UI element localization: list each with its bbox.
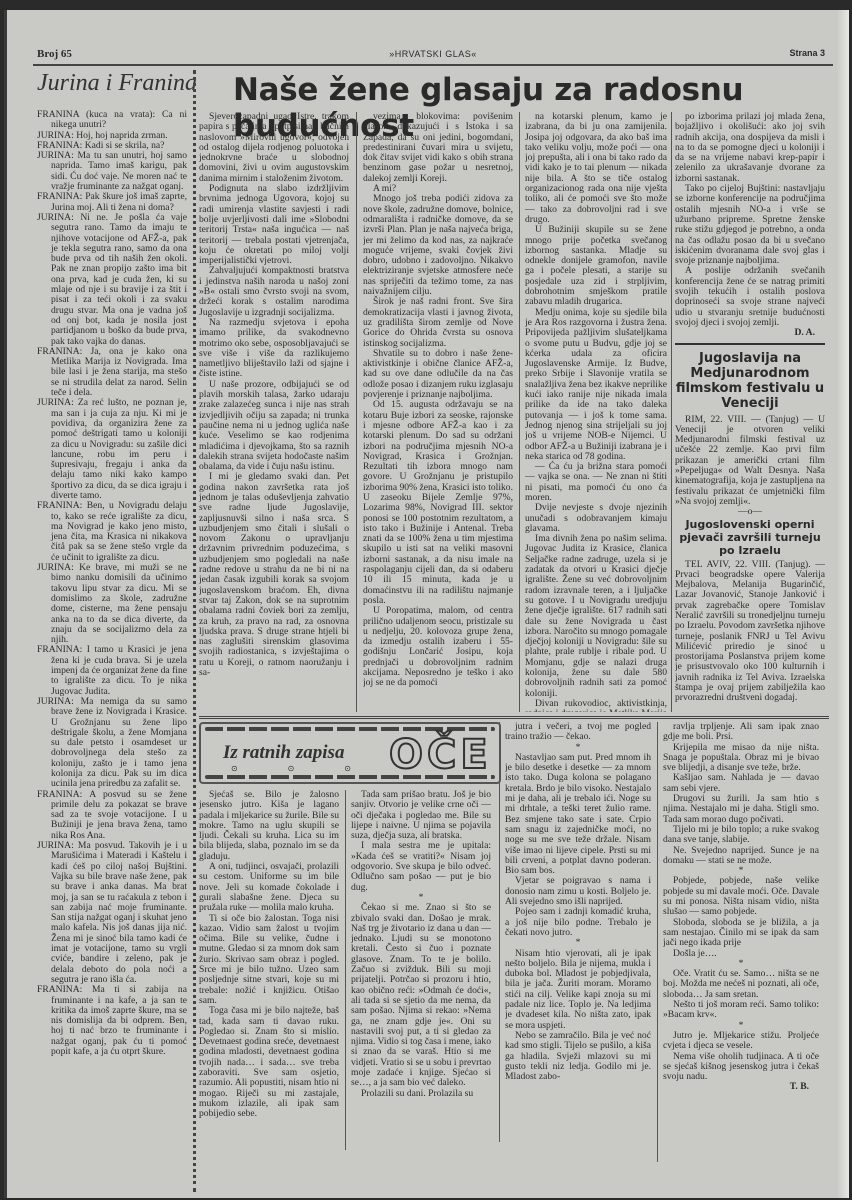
story-column-4-wrap: ravlja trpljenje. Ali sam ipak znao gdje… xyxy=(663,722,819,1192)
speaker-name: FRANINA: xyxy=(37,789,89,800)
dialogue-line: FRANINA: A posvud su se žene primile del… xyxy=(37,790,187,841)
speaker-name: FRANINA: xyxy=(37,346,91,357)
paragraph: U Poropatima, malom, od centra prilično … xyxy=(363,606,513,688)
dialogue-title: Jurina i Franina xyxy=(37,70,197,97)
speaker-name: JURINA: xyxy=(37,562,79,573)
film-article-body: RIM, 22. VIII. — (Tanjug) — U Veneciji j… xyxy=(675,415,825,508)
paragraph: ravlja trpljenje. Ali sam ipak znao gdje… xyxy=(663,722,819,743)
paragraph: vezima, blokovima: povišenim glasom doka… xyxy=(363,112,513,184)
main-article-column-4: po izborima prilazi joj mlada žena, boja… xyxy=(675,112,825,328)
speaker-name: JURINA: xyxy=(37,840,78,851)
paragraph: Čekao si me. Znao si što se zbivalo svak… xyxy=(351,903,491,1088)
newspaper-page: Broj 65 »HRVATSKI GLAS« Strana 3 Jurina … xyxy=(4,10,849,1198)
speaker-name: JURINA: xyxy=(37,696,81,707)
opera-headline: Jugoslovenski operni pjevači završili tu… xyxy=(675,518,825,557)
paragraph: I mala sestra me je upitala: »Kada ćeš s… xyxy=(351,841,491,892)
film-headline: Jugoslavija na Medjunarodnom filmskom fe… xyxy=(675,351,825,411)
paragraph: Nisam htio vjerovati, ali je ipak nešto … xyxy=(505,949,651,1031)
dialogue-line: JURINA: Ke brave, mi muži se ne bimo nan… xyxy=(37,563,187,645)
paragraph: na kotarski plenum, kamo je izabrana, da… xyxy=(525,112,667,225)
dialogue-line: FRANINA: Ma ti si zabija na fruminante i… xyxy=(37,985,187,1057)
column-divider xyxy=(356,112,357,712)
paragraph: Nastavljao sam put. Pred mnom ih je bilo… xyxy=(505,753,651,877)
paragraph: jutra i večeri, a tvoj me pogled traino … xyxy=(505,722,651,743)
speaker-name: FRANINA: xyxy=(37,984,92,995)
main-article-column-1: Sjeverozapadni ugao Istre, trakom papira… xyxy=(199,112,349,712)
column-divider xyxy=(657,722,658,1162)
dialogue-line: JURINA: Za reć lušto, ne poznan je, ma s… xyxy=(37,398,187,501)
article-signature: D. A. xyxy=(675,328,825,338)
dialogue-line: FRANINA: Ja, ona je kako ona Metlika Mar… xyxy=(37,347,187,398)
story-column-1: Sjećaš se. Bilo je žalosno jesensko jutr… xyxy=(199,790,339,1190)
story-column-3: jutra i večeri, a tvoj me pogled traino … xyxy=(505,722,651,1182)
dialogue-line: JURINA: Ma tu san unutri, hoj samo napri… xyxy=(37,151,187,192)
paragraph: Drugovi su žurili. Ja sam htio s njima. … xyxy=(663,794,819,825)
speaker-name: JURINA: xyxy=(37,397,78,408)
dialogue-line: JURINA: Ma posvud. Takovih je i u Maruši… xyxy=(37,841,187,985)
paragraph: Prolazili su dani. Prolazila su xyxy=(351,1089,491,1099)
paragraph: Od 15. augusta održavaju se na kotaru Bu… xyxy=(363,400,513,606)
paragraph: Ti si oče bio žalostan. Toga nisi kazao.… xyxy=(199,914,339,1007)
main-article-column-3: na kotarski plenum, kamo je izabrana, da… xyxy=(525,112,667,712)
dialogue-line: FRANINA: I tamo u Krasici je jena žena k… xyxy=(37,645,187,696)
story-title: OČE xyxy=(389,732,492,778)
ornament-dots: ⊙⊙⊙ xyxy=(231,764,351,773)
paragraph: Jutro je. Mljekarice stižu. Proljeće cvj… xyxy=(663,1031,819,1052)
dialogue-line: JURINA: Ma nemiga da su samo brave žene … xyxy=(37,697,187,790)
paragraph: I mi je gledamo svaki dan. Pet godina na… xyxy=(199,472,349,678)
story-column-4: ravlja trpljenje. Ali sam ipak znao gdje… xyxy=(663,722,819,1082)
right-news-column: po izborima prilazi joj mlada žena, boja… xyxy=(675,112,825,712)
paragraph: Na razmedju svjetova i epoha imamo prili… xyxy=(199,318,349,380)
dialogue-line: FRANINA (kuca na vrata): Ca ni nikega un… xyxy=(37,110,187,131)
separator: —o— xyxy=(675,507,825,517)
paragraph: Kašljao sam. Nahlada je — davao sam sebi… xyxy=(663,773,819,794)
speaker-name: JURINA: xyxy=(37,212,80,223)
paragraph: Nešto ti još moram reći. Samo toliko: »B… xyxy=(663,1000,819,1021)
column-divider xyxy=(193,70,196,1192)
speaker-name: FRANINA (kuca na vrata): xyxy=(37,110,162,120)
paragraph: Pojeo sam i zadnji komadić kruha, a još … xyxy=(505,907,651,938)
paragraph: Sloboda, sloboda se je bližila, a ja sam… xyxy=(663,918,819,949)
paragraph: Podignuta na slabo izdržljivim brvnima j… xyxy=(199,184,349,266)
story-series-title: Iz ratnih zapisa xyxy=(223,742,344,764)
story-banner: Iz ratnih zapisa ⊙⊙⊙ OČE xyxy=(199,722,501,784)
opera-article-body: TEL AVIV, 22. VIII. (Tanjug). — Prvaci b… xyxy=(675,560,825,704)
paragraph: Tijelo mi je bilo toplo; a ruke svakog d… xyxy=(663,825,819,846)
paragraph: Ima divnih žena po našim selima. Jugovac… xyxy=(525,534,667,699)
story-column-2: Tada sam prišao bratu. Još je bio sanjiv… xyxy=(351,790,491,1190)
column-divider xyxy=(499,722,500,1142)
speaker-name: FRANINA: xyxy=(37,500,87,511)
paragraph: po izborima prilazi joj mlada žena, boja… xyxy=(675,112,825,184)
paragraph: Zahvaljujući kompaktnosti bratstva i jed… xyxy=(199,266,349,317)
paragraph: Oče. Vratit ću se. Samo… ništa se ne boj… xyxy=(663,969,819,1000)
column-divider xyxy=(345,790,346,1150)
masthead: Broj 65 »HRVATSKI GLAS« Strana 3 xyxy=(33,46,833,66)
paragraph: Shvatile su to dobro i naše žene-aktivis… xyxy=(363,349,513,400)
paragraph: Krijepila me misao da nije ništa. Snaga … xyxy=(663,743,819,774)
paragraph: Sjećaš se. Bilo je žalosno jesensko jutr… xyxy=(199,790,339,862)
paragraph: Nebo se zamračilo. Bila je već noć kad s… xyxy=(505,1031,651,1082)
paragraph: Medju onima, koje su sjedile bila je Ara… xyxy=(525,308,667,462)
story-signature: T. B. xyxy=(663,1082,819,1092)
paragraph: A poslije održanih svečanih konferencija… xyxy=(675,266,825,328)
column-divider xyxy=(519,112,520,712)
speaker-name: FRANINA: xyxy=(37,644,87,655)
paragraph: Dvije nevjeste s dvoje njezinih unučadi … xyxy=(525,503,667,534)
paragraph: Širok je naš radni front. Sve šira demok… xyxy=(363,297,513,348)
paragraph: Nema više oholih tudjinaca. A ti oče se … xyxy=(663,1052,819,1083)
paragraph: Toga časa mi je bilo najteže, baš tad, k… xyxy=(199,1006,339,1119)
paragraph: Tada sam prišao bratu. Još je bio sanjiv… xyxy=(351,790,491,841)
paragraph: Sjeverozapadni ugao Istre, trakom papira… xyxy=(199,112,349,184)
page-edge-shade xyxy=(837,10,849,1198)
dialogue-column: FRANINA (kuca na vrata): Ca ni nikega un… xyxy=(37,110,187,1190)
paragraph: U Bužiniji skupile su se žene mnogo prij… xyxy=(525,225,667,307)
paragraph: A oni, tudjinci, osvajači, prolazili su … xyxy=(199,862,339,913)
dialogue-line: FRANINA: Ben, u Novigradu delaju to, kak… xyxy=(37,501,187,563)
newspaper-name: »HRVATSKI GLAS« xyxy=(33,49,833,59)
paragraph: — Ća ću ja brižna stara pomoći — vajka s… xyxy=(525,462,667,503)
paragraph: U naše prozore, odbijajući se od plavih … xyxy=(199,380,349,473)
main-article-column-2: vezima, blokovima: povišenim glasom doka… xyxy=(363,112,513,712)
dialogue-line: FRANINA: Pak škure još imaš zaprte, Juri… xyxy=(37,192,187,213)
paragraph: * xyxy=(505,938,651,948)
paragraph: Tako po cijeloj Bujštini: nastavljaju se… xyxy=(675,184,825,266)
paragraph: Vjetar se poigravao s nama i donosio nam… xyxy=(505,876,651,907)
paragraph: Ne. Svejedno naprijed. Sunce je na domak… xyxy=(663,846,819,867)
section-divider xyxy=(199,716,829,719)
paragraph: Mnogo još treba podići zidova za nove šk… xyxy=(363,194,513,297)
speaker-name: FRANINA: xyxy=(37,191,85,202)
speaker-name: JURINA: xyxy=(37,150,78,161)
paragraph: Divan rukovodioc, aktivistkinja, radnica… xyxy=(525,699,667,712)
paragraph: Pobjede, pobjede, naše velike pobjede su… xyxy=(663,876,819,917)
section-divider xyxy=(675,343,825,345)
page-number: Strana 3 xyxy=(789,48,825,58)
column-divider xyxy=(671,112,672,712)
dialogue-line: JURINA: Ni ne. Je pošla ća vaje segutra … xyxy=(37,213,187,347)
